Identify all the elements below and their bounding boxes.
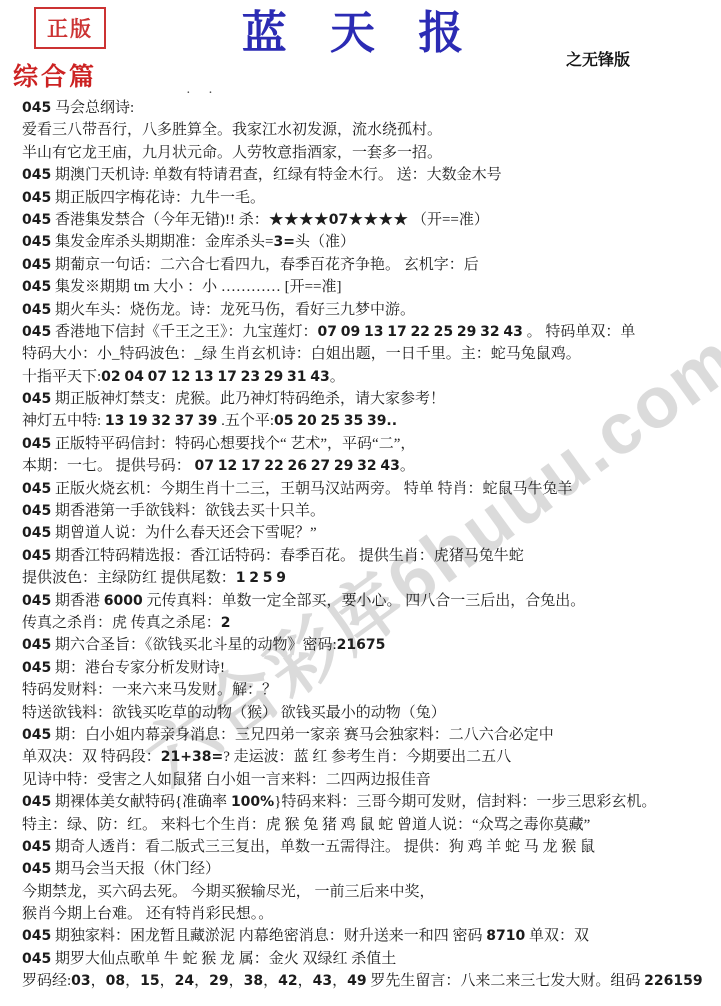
tip-line: 045 香港地下信封《千王之王》：九宝莲灯：07 09 13 17 22 25 … [22, 321, 711, 343]
tip-line: 特主：绿、防：红。 来料七个生肖：虎 猴 兔 猪 鸡 鼠 蛇 曾道人说：“众骂之… [22, 814, 711, 836]
tip-line: 045 马会总纲诗: [22, 97, 711, 119]
tip-line: 045 集发※期期 tm 大小 ：小 ………… [开==准] [22, 276, 711, 298]
tip-line: 特送欲钱料：欲钱买吃草的动物（猴） 欲钱买最小的动物（兔） [22, 702, 711, 724]
tip-line: 045 期裸体美女献特码{准确率 100%}特码来料：三哥今期可发财，信封料：一… [22, 791, 711, 813]
tip-line: 传真之杀肖：虎 传真之杀尾：2 [22, 612, 711, 634]
scan-artifact-dots: · · [186, 86, 220, 102]
tip-line: 罗码经:03，08，15，24，29，38，42，43，49 罗先生留言：八来二… [22, 970, 711, 992]
tip-line: 猴肖今期上台难。 还有特肖彩民想。。 [22, 903, 711, 925]
edition-label: 之无锋版 [566, 47, 630, 70]
section-heading: 综合篇 [13, 57, 97, 93]
tip-line: 特码发财料：一来六来马发财。解：？ [22, 679, 711, 701]
tip-line: 045 期香江特码精选报：香江话特码：春季百花。 提供生肖：虎猪马兔牛蛇 [22, 545, 711, 567]
tip-line: 045 期马会当天报（休门经） [22, 858, 711, 880]
tip-line: 045 期独家料：困龙暂且藏淤泥 内幕绝密消息：财升送来一和四 密码 8710 … [22, 925, 711, 947]
tip-line: 045 正版火烧玄机：今期生肖十二三，王朝马汉站两旁。 特单 特肖：蛇鼠马牛兔羊 [22, 478, 711, 500]
tip-line: 045 期葡京一句话：二六合七看四九，春季百花齐争艳。 玄机字：后 [22, 254, 711, 276]
newspaper-page: 六合彩库6huuu.com 正版 蓝 天 报 之无锋版 综合篇 · · 045 … [0, 0, 721, 1006]
tip-line: 045 正版特平码信封：特码心想要找个“ 艺术”，平码“二”， [22, 433, 711, 455]
tip-line: 045 期香港第一手欲钱料：欲钱去买十只羊。 [22, 500, 711, 522]
tip-line: 045 香港集发禁合（今年无错)!! 杀：★★★★07★★★★ （开==准） [22, 209, 711, 231]
tip-line: 今期禁龙，买六码去死。 今期买猴输尽光， 一前三后来中奖， [22, 881, 711, 903]
tip-line: 045 期：白小姐内幕亲身消息：三兄四弟一家亲 赛马会独家料：二八六合必定中 [22, 724, 711, 746]
tip-line: 爱看三八带吾行，八多胜算全。我家江水初发源，流水绕孤村。 [22, 119, 711, 141]
tip-line: 见诗中特：受害之人如鼠猪 白小姐一言来料：二四两边报佳音 [22, 769, 711, 791]
tip-line: 045 期澳门天机诗: 单数有特请君查，红绿有特金木行。 送：大数金木号 [22, 164, 711, 186]
tip-line: 特码大小：小_特码波色：_绿 生肖玄机诗：白姐出题，一日千里。主：蛇马兔鼠鸡。 [22, 343, 711, 365]
tip-line: 十指平天下:02 04 07 12 13 17 23 29 31 43。 [22, 366, 711, 388]
tip-line: 045 期六合圣旨：《欲钱买北斗星的动物》密码:21675 [22, 634, 711, 656]
tip-line: 045 集发金库杀头期期准：金库杀头=3=头（准） [22, 231, 711, 253]
tip-line: 提供波色：主绿防红 提供尾数：1 2 5 9 [22, 567, 711, 589]
tip-line: 045 期正版神灯禁支：虎猴。此乃神灯特码绝杀，请大家参考！ [22, 388, 711, 410]
tip-line: 045 期罗大仙点歌单 牛 蛇 猴 龙 属：金火 双绿红 杀值土 [22, 948, 711, 970]
tips-list: 045 马会总纲诗:爱看三八带吾行，八多胜算全。我家江水初发源，流水绕孤村。半山… [22, 97, 711, 993]
tip-line: 045 期正版四字梅花诗：九牛一毛。 [22, 187, 711, 209]
tip-line: 045 期：港台专家分析发财诗! [22, 657, 711, 679]
tip-line: 045 期奇人透肖：看二版式三三复出，单数一五需得注。 提供：狗 鸡 羊 蛇 马… [22, 836, 711, 858]
tip-line: 本期：一七。 提供号码： 07 12 17 22 26 27 29 32 43。 [22, 455, 711, 477]
tip-line: 045 期香港 6000 元传真料：单数一定全部买，要小心。 四八合一三后出，合… [22, 590, 711, 612]
tip-line: 神灯五中特: 13 19 32 37 39 .五个平:05 20 25 35 3… [22, 410, 711, 432]
tip-line: 半山有它龙王庙，九月状元命。人劳牧意指酒家，一套多一招。 [22, 142, 711, 164]
tip-line: 045 期曾道人说：为什么春天还会下雪呢？” [22, 522, 711, 544]
tip-line: 单双决：双 特码段：21+38=? 走运波：蓝 红 参考生肖：今期要出二五八 [22, 746, 711, 768]
tip-line: 045 期火车头：烧伤龙。诗：龙死马伤，看好三九梦中游。 [22, 299, 711, 321]
